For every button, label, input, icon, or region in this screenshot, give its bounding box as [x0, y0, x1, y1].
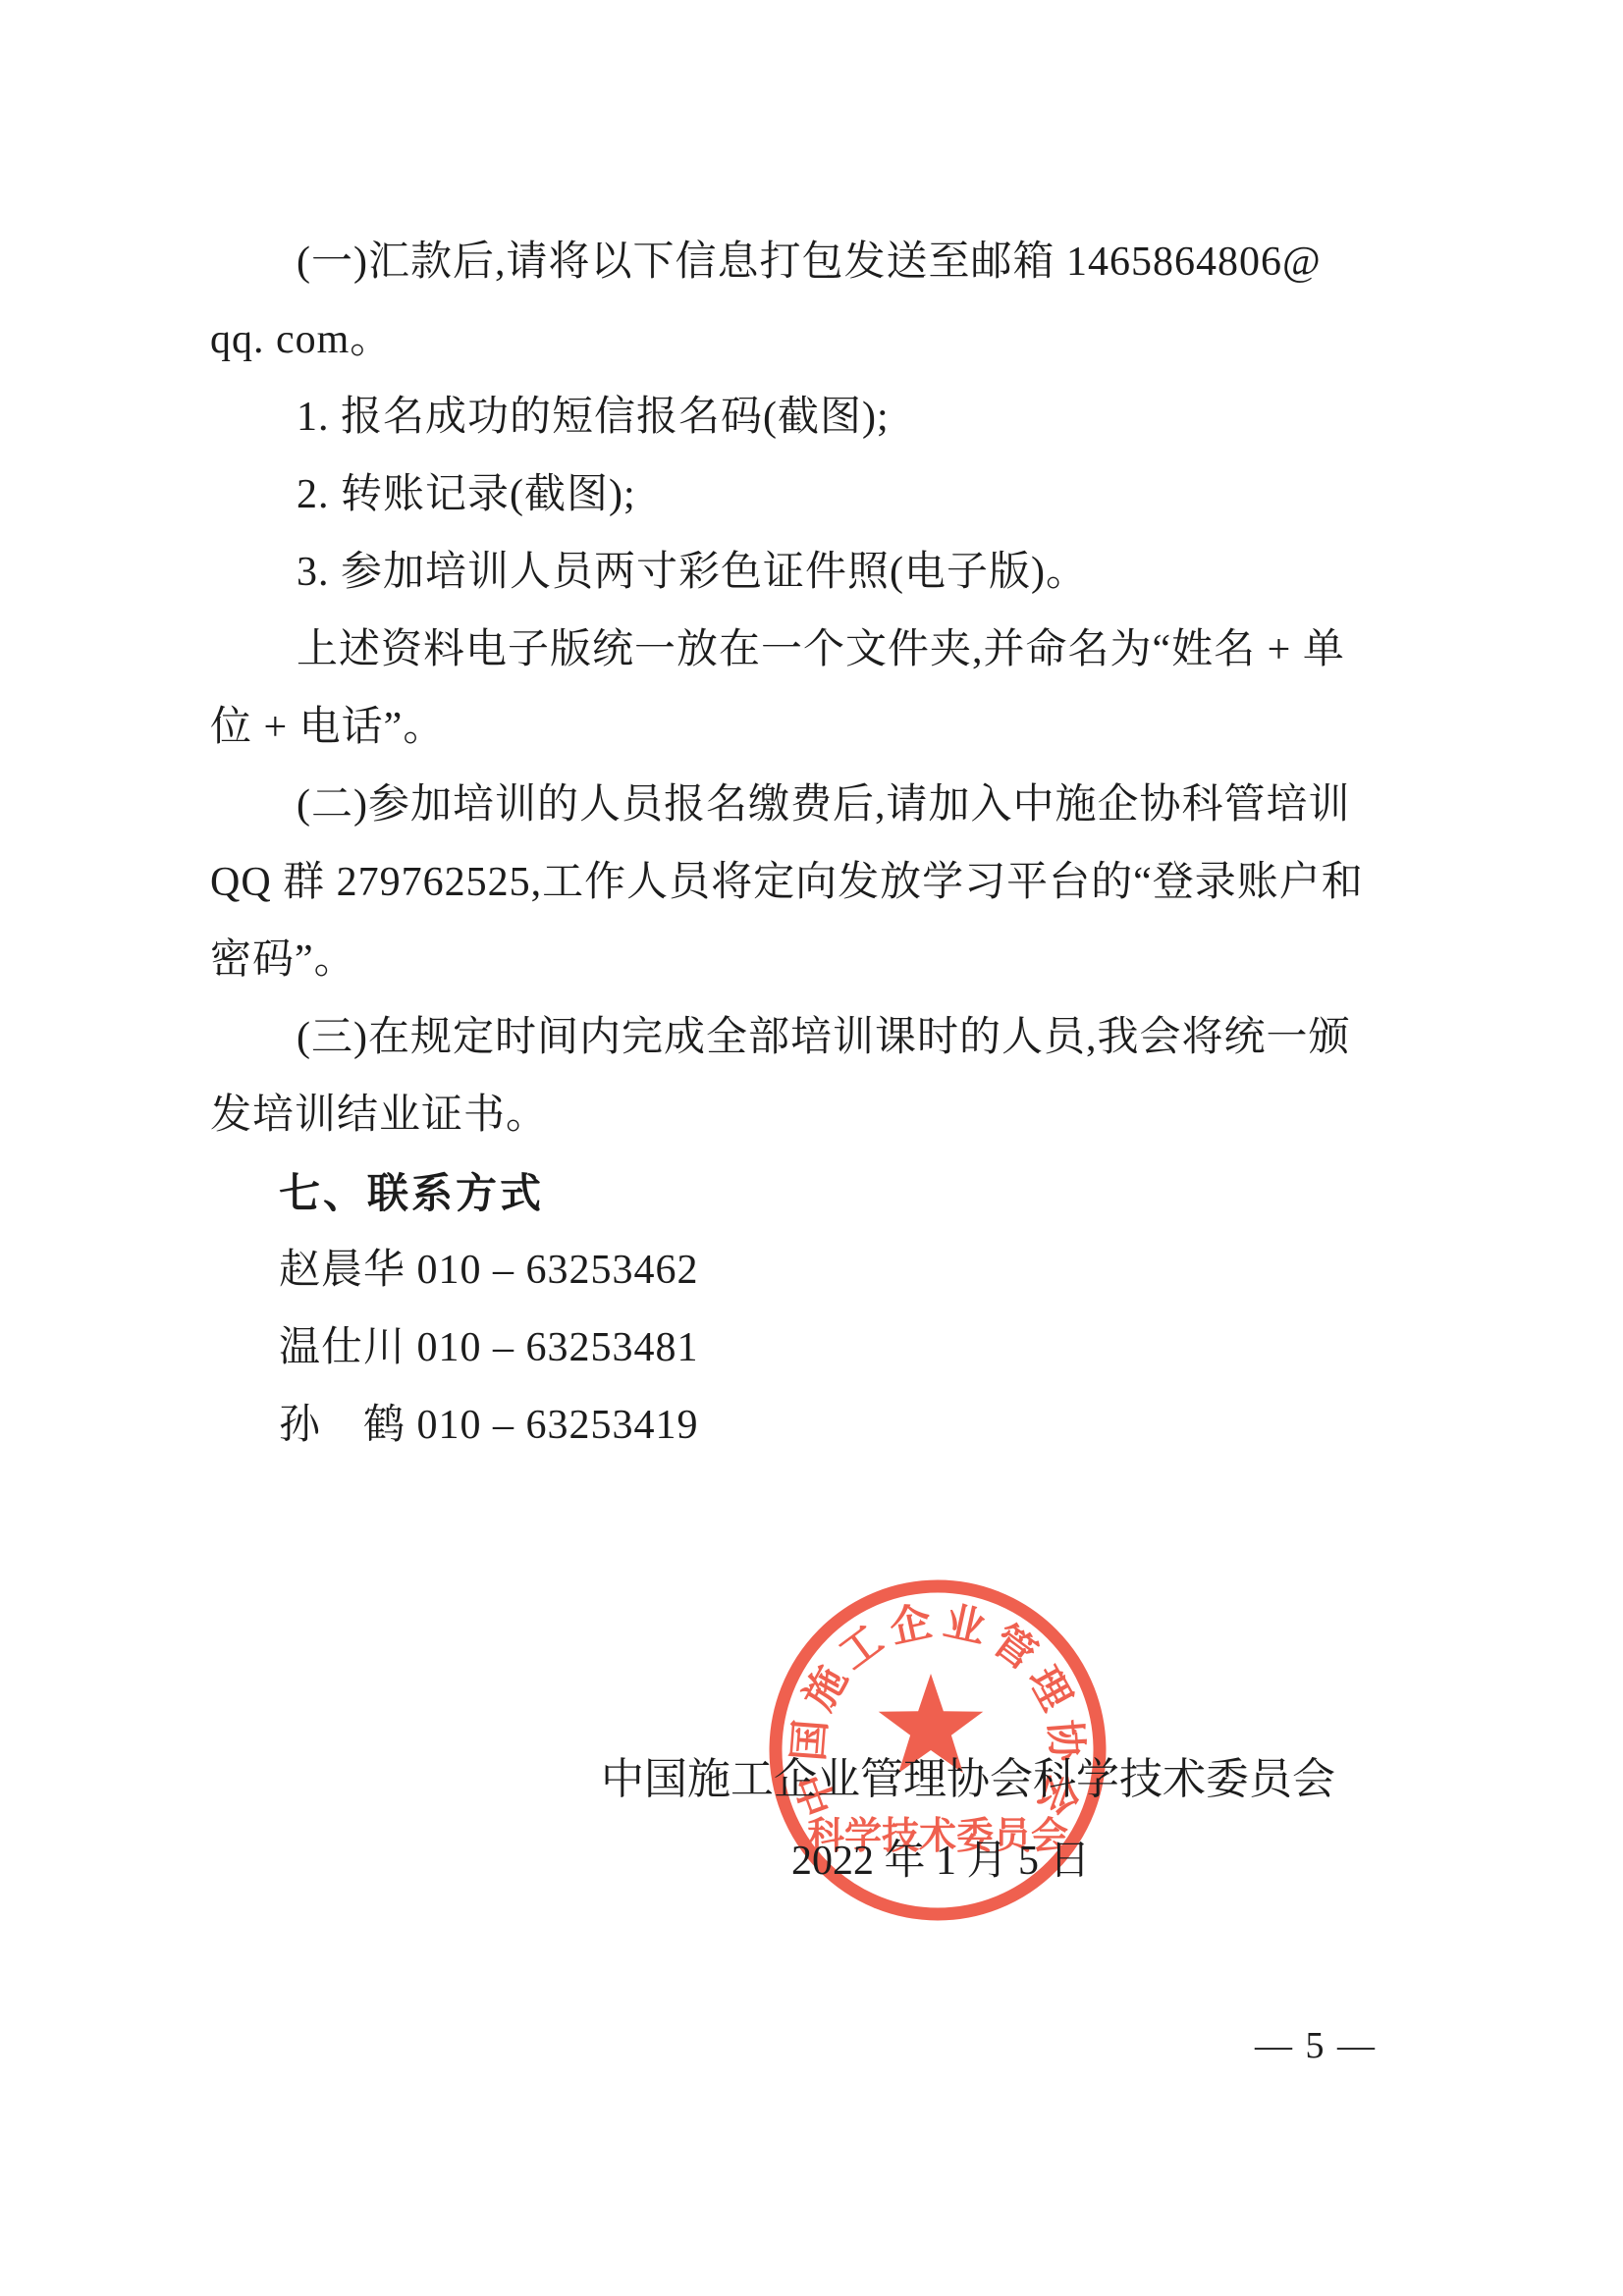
body-line: (三)在规定时间内完成全部培训课时的人员,我会将统一颁 [210, 999, 1413, 1077]
page-number: — 5 — [1255, 2024, 1377, 2067]
body-line: 2. 转账记录(截图); [210, 456, 1413, 534]
document-page: (一)汇款后,请将以下信息打包发送至邮箱 1465864806@ qq. com… [0, 0, 1623, 2296]
section-heading: 七、联系方式 [210, 1154, 1413, 1232]
document-body: (一)汇款后,请将以下信息打包发送至邮箱 1465864806@ qq. com… [210, 224, 1413, 1465]
body-line: (二)参加培训的人员报名缴费后,请加入中施企协科管培训 [210, 767, 1413, 844]
body-line: 发培训结业证书。 [210, 1077, 1413, 1154]
body-line: 上述资料电子版统一放在一个文件夹,并命名为“姓名 + 单 [210, 612, 1413, 689]
body-line: qq. com。 [210, 301, 1413, 379]
body-line: 3. 参加培训人员两寸彩色证件照(电子版)。 [210, 534, 1413, 612]
contact-line: 温仕川 010 – 63253481 [210, 1309, 1413, 1387]
signature-org: 中国施工企业管理协会科学技术委员会 [601, 1750, 1335, 1809]
contact-line: 赵晨华 010 – 63253462 [210, 1232, 1413, 1309]
body-line: 1. 报名成功的短信报名码(截图); [210, 379, 1413, 456]
body-line: 密码”。 [210, 922, 1413, 999]
signature-date: 2022 年 1 月 5 日 [791, 1834, 1091, 1889]
body-line: QQ 群 279762525,工作人员将定向发放学习平台的“登录账户和 [210, 844, 1413, 922]
seal-ring-char: 企 [886, 1598, 936, 1652]
contact-line: 孙 鹤 010 – 63253419 [210, 1387, 1413, 1465]
body-line: 位 + 电话”。 [210, 689, 1413, 767]
seal-ring-char: 业 [940, 1598, 990, 1652]
body-line: (一)汇款后,请将以下信息打包发送至邮箱 1465864806@ [210, 224, 1413, 301]
